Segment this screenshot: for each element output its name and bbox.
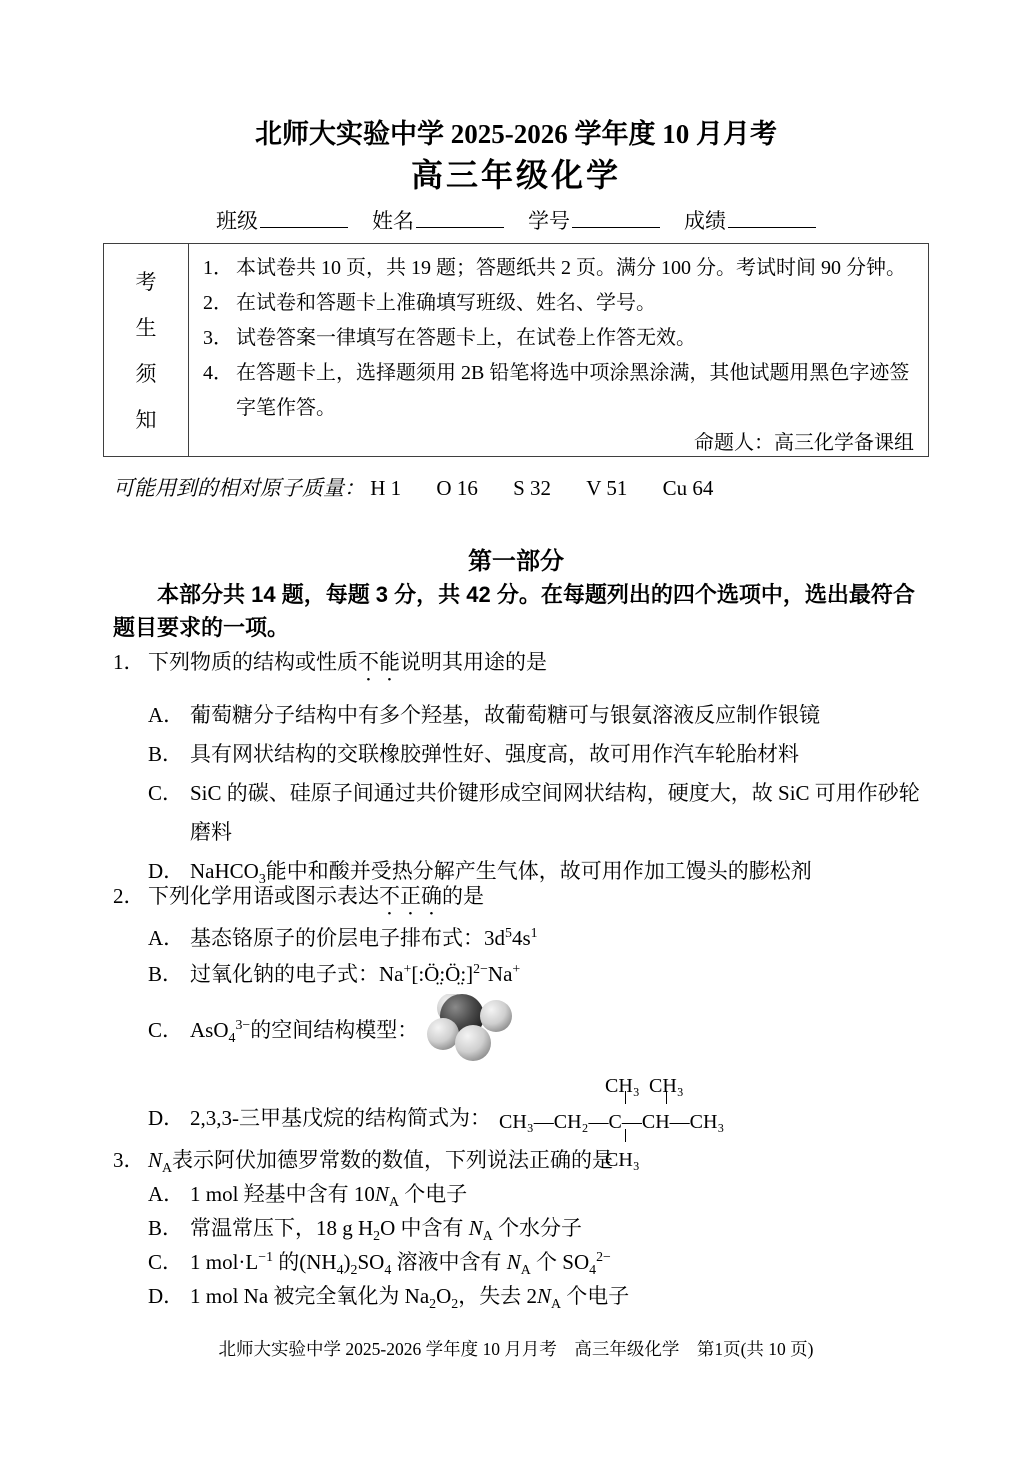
- notice-item-number: 2．: [203, 286, 236, 321]
- option-row-c: C． SiC 的碳、硅原子间通过共价键形成空间网状结构，硬度大，故 SiC 可用…: [148, 774, 935, 852]
- student-id-field: 学号: [528, 205, 660, 235]
- question-1-stem-row: 1． 下列物质的结构或性质不能说明其用途的是: [113, 643, 935, 686]
- option-text: 过氧化钠的电子式：Na+[:Ö̤:Ö̤:]2−Na+: [190, 956, 935, 992]
- name-label: 姓名: [372, 209, 414, 233]
- question-stem: 下列物质的结构或性质不能说明其用途的是: [148, 643, 935, 686]
- option-text: 常温常压下，18 g H2O 中含有 NA 个水分子: [190, 1211, 935, 1245]
- formula-top-left-methyl: CH₃: [605, 1068, 640, 1104]
- notice-item-number: 1．: [203, 251, 236, 286]
- option-row-a: A． 葡萄糖分子结构中有多个羟基，故葡萄糖可与银氨溶液反应制作银镜: [148, 696, 935, 735]
- notice-side-char: 生: [136, 312, 157, 342]
- question-1: 1． 下列物质的结构或性质不能说明其用途的是 A． 葡萄糖分子结构中有多个羟基，…: [113, 643, 935, 891]
- question-number: 1．: [113, 643, 148, 686]
- notice-item: 3． 试卷答案一律填写在答题卡上，在试卷上作答无效。: [203, 321, 920, 356]
- option-label: C．: [148, 1245, 190, 1279]
- question-stem: NA表示阿伏加德罗常数的数值，下列说法正确的是: [148, 1143, 935, 1177]
- bond-line: [666, 1091, 667, 1104]
- option-text: 1 mol·L−1 的(NH4)2SO4 溶液中含有 NA 个 SO42−: [190, 1245, 935, 1279]
- option-text: SiC 的碳、硅原子间通过共价键形成空间网状结构，硬度大，故 SiC 可用作砂轮…: [190, 774, 935, 852]
- exam-author-line: 命题人：高三化学备课组: [203, 426, 920, 460]
- class-blank: [260, 205, 348, 228]
- notice-items: 1． 本试卷共 10 页，共 19 题；答题纸共 2 页。满分 100 分。考试…: [189, 244, 928, 456]
- notice-item-text: 试卷答案一律填写在答题卡上，在试卷上作答无效。: [236, 321, 920, 356]
- score-label: 成绩: [684, 209, 726, 233]
- question-number: 3．: [113, 1143, 148, 1177]
- formula-main-chain: CH₃—CH₂—C—CH—CH₃: [499, 1104, 724, 1140]
- option-label: A．: [148, 1177, 190, 1211]
- option-label: C．: [148, 774, 190, 813]
- option-row-c: C． AsO43−的空间结构模型：: [148, 992, 935, 1068]
- option-label: C．: [148, 1012, 190, 1048]
- notice-side-char: 须: [136, 358, 157, 388]
- name-blank: [416, 205, 504, 228]
- option-text: 2,3,3-三甲基戊烷的结构简式为：: [190, 1100, 491, 1136]
- option-text: 1 mol Na 被完全氧化为 Na2O2，失去 2NA 个电子: [190, 1279, 935, 1313]
- notice-item: 4． 在答题卡上，选择题须用 2B 铅笔将选中项涂黑涂满，其他试题用黑色字迹签字…: [203, 356, 920, 426]
- question-stem: 下列化学用语或图示表达不正确的是: [148, 880, 935, 920]
- notice-side-char: 知: [136, 404, 157, 434]
- atomic-mass-entry: Cu 64: [663, 476, 714, 501]
- option-row-c: C． 1 mol·L−1 的(NH4)2SO4 溶液中含有 NA 个 SO42−: [148, 1245, 935, 1279]
- atomic-mass-entry: V 51: [586, 476, 627, 501]
- option-row-b: B． 过氧化钠的电子式：Na+[:Ö̤:Ö̤:]2−Na+: [148, 956, 935, 992]
- question-3-stem-row: 3． NA表示阿伏加德罗常数的数值，下列说法正确的是: [113, 1143, 935, 1177]
- notice-item-text: 在答题卡上，选择题须用 2B 铅笔将选中项涂黑涂满，其他试题用黑色字迹签字笔作答…: [236, 356, 920, 426]
- notice-item-text: 本试卷共 10 页，共 19 题；答题纸共 2 页。满分 100 分。考试时间 …: [236, 251, 920, 286]
- option-text: 1 mol 羟基中含有 10NA 个电子: [190, 1177, 935, 1211]
- option-label: A．: [148, 920, 190, 956]
- option-text: 具有网状结构的交联橡胶弹性好、强度高，故可用作汽车轮胎材料: [190, 735, 935, 774]
- option-label: D．: [148, 1100, 190, 1136]
- option-label: B．: [148, 735, 190, 774]
- section-heading: 第一部分: [0, 541, 1032, 576]
- option-row-b: B． 常温常压下，18 g H2O 中含有 NA 个水分子: [148, 1211, 935, 1245]
- notice-side-char: 考: [136, 266, 157, 296]
- question-3: 3． NA表示阿伏加德罗常数的数值，下列说法正确的是 A． 1 mol 羟基中含…: [113, 1143, 935, 1313]
- notice-item: 1． 本试卷共 10 页，共 19 题；答题纸共 2 页。满分 100 分。考试…: [203, 251, 920, 286]
- question-2-stem-row: 2． 下列化学用语或图示表达不正确的是: [113, 880, 935, 920]
- option-row-a: A． 基态铬原子的价层电子排布式：3d54s1: [148, 920, 935, 956]
- atomic-mass-label: 可能用到的相对原子质量：: [113, 476, 365, 500]
- bond-line: [625, 1129, 626, 1142]
- molecular-model-image: [424, 994, 516, 1066]
- option-label: A．: [148, 696, 190, 735]
- question-2: 2． 下列化学用语或图示表达不正确的是 A． 基态铬原子的价层电子排布式：3d5…: [113, 880, 935, 1168]
- student-id-blank: [572, 205, 660, 228]
- exam-title-line2: 高三年级化学: [0, 150, 1032, 196]
- question-number: 2．: [113, 880, 148, 920]
- option-row-b: B． 具有网状结构的交联橡胶弹性好、强度高，故可用作汽车轮胎材料: [148, 735, 935, 774]
- notice-item-number: 3．: [203, 321, 236, 356]
- notice-item: 2． 在试卷和答题卡上准确填写班级、姓名、学号。: [203, 286, 920, 321]
- page-footer: 北师大实验中学 2025-2026 学年度 10 月月考 高三年级化学 第1页(…: [0, 1336, 1032, 1361]
- option-row-a: A． 1 mol 羟基中含有 10NA 个电子: [148, 1177, 935, 1211]
- atomic-mass-entry: H 1: [370, 476, 401, 501]
- examinee-notice-box: 考 生 须 知 1． 本试卷共 10 页，共 19 题；答题纸共 2 页。满分 …: [103, 243, 929, 457]
- score-blank: [728, 205, 816, 228]
- score-field: 成绩: [684, 205, 816, 235]
- atomic-mass-entry: O 16: [436, 476, 477, 501]
- option-text: 葡萄糖分子结构中有多个羟基，故葡萄糖可与银氨溶液反应制作银镜: [190, 696, 935, 735]
- name-field: 姓名: [372, 205, 504, 235]
- exam-paper-page: 北师大实验中学 2025-2026 学年度 10 月月考 高三年级化学 班级 姓…: [0, 0, 1032, 1457]
- section-intro: 本部分共 14 题，每题 3 分，共 42 分。在每题列出的四个选项中，选出最符…: [113, 578, 925, 644]
- exam-title-line1: 北师大实验中学 2025-2026 学年度 10 月月考: [0, 112, 1032, 151]
- notice-item-number: 4．: [203, 356, 236, 426]
- notice-side-label: 考 生 须 知: [104, 244, 189, 456]
- class-field: 班级: [216, 205, 348, 235]
- bond-line: [625, 1091, 626, 1104]
- option-row-d: D． 1 mol Na 被完全氧化为 Na2O2，失去 2NA 个电子: [148, 1279, 935, 1313]
- class-label: 班级: [216, 209, 258, 233]
- option-label: B．: [148, 1211, 190, 1245]
- option-text: AsO43−的空间结构模型：: [190, 1012, 418, 1048]
- option-text: 基态铬原子的价层电子排布式：3d54s1: [190, 920, 935, 956]
- option-label: D．: [148, 1279, 190, 1313]
- student-id-label: 学号: [528, 209, 570, 233]
- student-info-line: 班级 姓名 学号 成绩: [0, 205, 1032, 235]
- option-label: B．: [148, 956, 190, 992]
- notice-item-text: 在试卷和答题卡上准确填写班级、姓名、学号。: [236, 286, 920, 321]
- atomic-mass-entry: S 32: [513, 476, 551, 501]
- atomic-mass-line: 可能用到的相对原子质量： H 1 O 16 S 32 V 51 Cu 64: [113, 472, 743, 502]
